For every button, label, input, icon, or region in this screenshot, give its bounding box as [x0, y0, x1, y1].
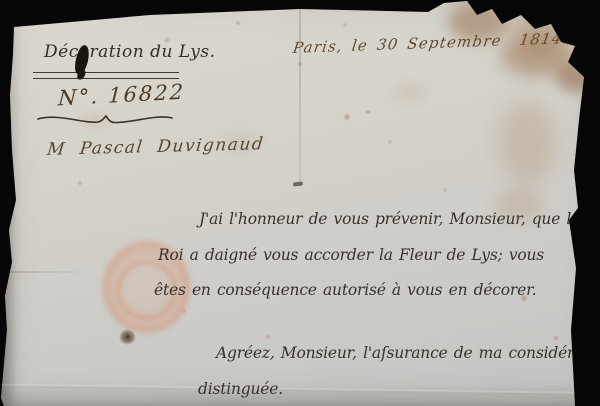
- dateline: Paris, le 30 Septembre1814.: [292, 29, 570, 57]
- letter-paper: Décoration du Lys. N°. 16822 M Pascal Du…: [0, 0, 600, 406]
- dateline-year: 1814.: [518, 29, 569, 49]
- left-crease-line: [0, 271, 88, 273]
- vertical-fold-line: [299, 9, 301, 187]
- stain-right: [498, 100, 556, 185]
- dateline-place-date: Paris, le 30 Septembre: [292, 31, 503, 56]
- left-fold-edge: [0, 140, 16, 406]
- number-flourish: [36, 111, 176, 127]
- body-line: êtes en conséquence autorisé à vous en d…: [154, 281, 536, 299]
- title-double-rule: [33, 72, 179, 79]
- document-title: Décoration du Lys.: [44, 42, 216, 62]
- fold-intersection-mark: [293, 181, 303, 186]
- photo-background: Décoration du Lys. N°. 16822 M Pascal Du…: [0, 0, 600, 406]
- stain-torn-corner: [556, 62, 592, 92]
- dossier-number: N°. 16822: [57, 80, 185, 111]
- body-line: J'ai l'honneur de vous prévenir, Monsieu…: [199, 210, 580, 228]
- closing-line: Agréez, Monsieur, l'aſsurance de ma cons…: [216, 344, 600, 362]
- closing-line: distinguée.: [198, 380, 283, 398]
- ink-spot: [119, 329, 136, 345]
- body-line: Roi a daigné vous accorder la Fleur de L…: [158, 246, 544, 264]
- addressee-name: M Pascal Duvignaud: [46, 134, 265, 160]
- bottom-crease-line: [0, 384, 578, 395]
